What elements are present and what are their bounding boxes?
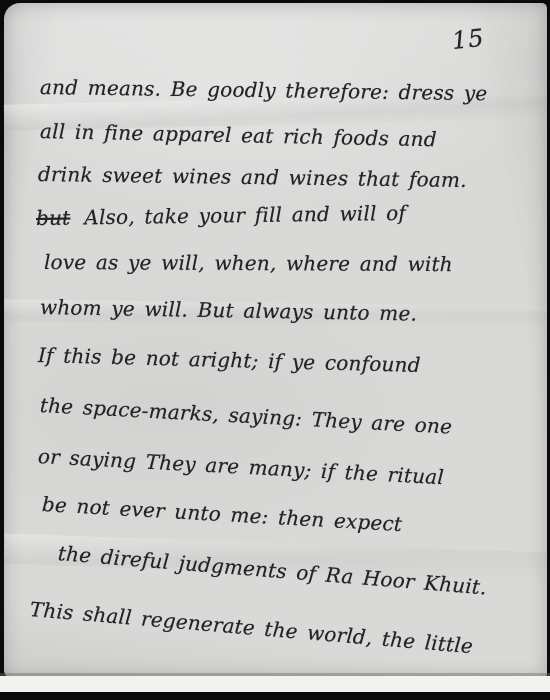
manuscript-line: drink sweet wines and wines that foam. <box>38 162 467 192</box>
paper-bottom-edge <box>0 676 550 692</box>
paper-sheet: 15 and means. Be goodly therefore: dress… <box>4 3 547 678</box>
manuscript-line: and means. Be goodly therefore: dress ye <box>40 75 488 105</box>
scanned-page: 15 and means. Be goodly therefore: dress… <box>0 0 550 700</box>
manuscript-line: This shall regenerate the world, the lit… <box>29 597 474 658</box>
manuscript-line: butAlso, take your fill and will of <box>36 201 406 230</box>
manuscript-line: the direful judgments of Ra Hoor Khuit. <box>57 541 488 599</box>
manuscript-line: love as ye will, when, where and with <box>44 250 453 276</box>
manuscript-line: whom ye will. But always unto me. <box>40 295 417 326</box>
manuscript-line: all in fine apparel eat rich foods and <box>40 119 437 151</box>
manuscript-line: the space-marks, saying: They are one <box>39 393 452 439</box>
manuscript-line: be not ever unto me: then expect <box>41 492 402 536</box>
page-number: 15 <box>451 24 486 55</box>
manuscript-line: If this be not aright; if ye confound <box>38 343 421 377</box>
manuscript-line-text: Also, take your fill and will of <box>84 201 406 229</box>
struck-out-word: but <box>36 206 71 230</box>
manuscript-line: or saying They are many; if the ritual <box>37 444 444 489</box>
